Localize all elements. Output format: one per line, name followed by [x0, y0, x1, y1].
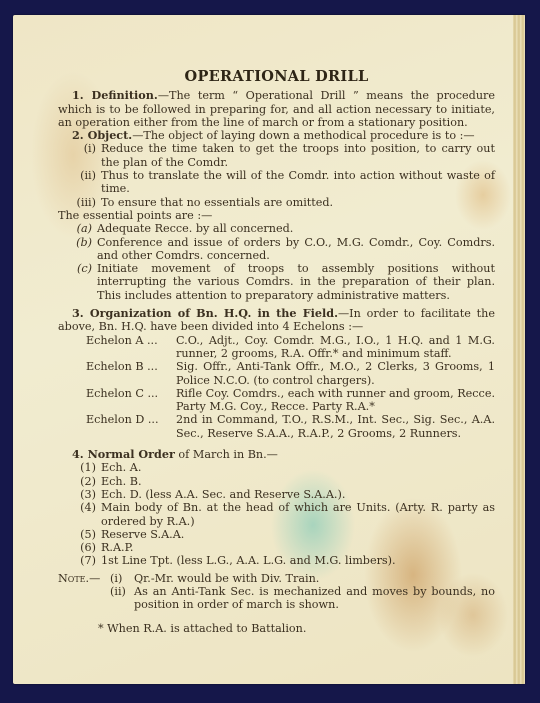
list-item: (i)Reduce the time taken to get the troo…	[58, 142, 495, 169]
list-item: (c)Initiate movement of troops to assemb…	[58, 262, 495, 302]
footnote: * When R.A. is attached to Battalion.	[58, 622, 495, 635]
echelon-text: Rifle Coy. Comdrs., each with runner and…	[176, 387, 495, 414]
echelon-row: Echelon B ...Sig. Offr., Anti-Tank Offr.…	[58, 360, 495, 387]
section-heading: 3. Organization of Bn. H.Q. in the Field…	[72, 306, 338, 320]
note-number: (i)	[110, 572, 134, 585]
note-number: (ii)	[110, 585, 134, 612]
note-block: Note.— (i)Qr.-Mr. would be with Div. Tra…	[58, 572, 495, 612]
list-item: (a)Adequate Recce. by all concerned.	[58, 222, 495, 235]
section-heading: 1. Definition.	[72, 88, 158, 102]
echelon-row: Echelon C ...Rifle Coy. Comdrs., each wi…	[58, 387, 495, 414]
echelon-row: Echelon A ...C.O., Adjt., Coy. Comdr. M.…	[58, 334, 495, 361]
section-heading: 4. Normal Order	[72, 447, 175, 461]
item-text: Conference and issue of orders by C.O., …	[97, 236, 495, 263]
item-text: Thus to translate the will of the Comdr.…	[101, 169, 495, 196]
section-text: —The object of laying down a methodical …	[132, 129, 474, 142]
echelon-name: Echelon D ...	[58, 413, 176, 440]
item-text: Initiate movement of troops to assembly …	[97, 262, 495, 302]
section-definition: 1. Definition.—The term “ Operational Dr…	[58, 89, 495, 129]
item-number: (5)	[58, 528, 101, 541]
list-item: (4)Main body of Bn. at the head of which…	[58, 501, 495, 528]
list-item: (5)Reserve S.A.A.	[58, 528, 495, 541]
item-text: Ech. D. (less A.A. Sec. and Reserve S.A.…	[101, 488, 495, 501]
item-number: (iii)	[58, 196, 101, 209]
item-number: (ii)	[58, 169, 101, 196]
item-text: Ech. B.	[101, 475, 495, 488]
list-item: (7)1st Line Tpt. (less L.G., A.A. L.G. a…	[58, 554, 495, 567]
section-order-of-march: 4. Normal Order of March in Bn.—	[58, 448, 495, 461]
section-text: of March in Bn.—	[175, 448, 278, 461]
item-number: (6)	[58, 541, 101, 554]
item-text: To ensure that no essentials are omitted…	[101, 196, 495, 209]
echelon-text: C.O., Adjt., Coy. Comdr. M.G., I.O., 1 H…	[176, 334, 495, 361]
page-text: OPERATIONAL DRILL 1. Definition.—The ter…	[58, 70, 495, 635]
echelon-text: Sig. Offr., Anti-Tank Offr., M.O., 2 Cle…	[176, 360, 495, 387]
item-number: (a)	[58, 222, 97, 235]
item-text: Ech. A.	[101, 461, 495, 474]
note-text: As an Anti-Tank Sec. is mechanized and m…	[134, 585, 495, 612]
essentials-label: The essential points are :—	[58, 209, 495, 222]
note-label: Note.—	[58, 572, 110, 612]
list-item: (3)Ech. D. (less A.A. Sec. and Reserve S…	[58, 488, 495, 501]
document-page: OPERATIONAL DRILL 1. Definition.—The ter…	[13, 15, 525, 684]
list-item: (2)Ech. B.	[58, 475, 495, 488]
section-heading: 2. Object.	[72, 128, 132, 142]
page-edge	[513, 15, 525, 684]
echelon-name: Echelon B ...	[58, 360, 176, 387]
item-text: Reduce the time taken to get the troops …	[101, 142, 495, 169]
echelon-text: 2nd in Command, T.O., R.S.M., Int. Sec.,…	[176, 413, 495, 440]
echelon-row: Echelon D ...2nd in Command, T.O., R.S.M…	[58, 413, 495, 440]
section-object: 2. Object.—The object of laying down a m…	[58, 129, 495, 142]
list-item: (1)Ech. A.	[58, 461, 495, 474]
section-organization: 3. Organization of Bn. H.Q. in the Field…	[58, 307, 495, 334]
item-text: Main body of Bn. at the head of which ar…	[101, 501, 495, 528]
note-body: (i)Qr.-Mr. would be with Div. Train. (ii…	[110, 572, 495, 612]
item-number: (4)	[58, 501, 101, 528]
item-text: Adequate Recce. by all concerned.	[97, 222, 495, 235]
list-item: (b)Conference and issue of orders by C.O…	[58, 236, 495, 263]
item-number: (2)	[58, 475, 101, 488]
item-text: Reserve S.A.A.	[101, 528, 495, 541]
list-item: (iii)To ensure that no essentials are om…	[58, 196, 495, 209]
item-text: R.A.P.	[101, 541, 495, 554]
echelon-name: Echelon C ...	[58, 387, 176, 414]
item-number: (c)	[58, 262, 97, 302]
list-item: (6)R.A.P.	[58, 541, 495, 554]
item-number: (i)	[58, 142, 101, 169]
item-number: (3)	[58, 488, 101, 501]
item-number: (7)	[58, 554, 101, 567]
note-item: (ii)As an Anti-Tank Sec. is mechanized a…	[110, 585, 495, 612]
item-number: (b)	[58, 236, 97, 263]
page-title: OPERATIONAL DRILL	[58, 70, 495, 83]
item-number: (1)	[58, 461, 101, 474]
note-text: Qr.-Mr. would be with Div. Train.	[134, 572, 495, 585]
note-item: (i)Qr.-Mr. would be with Div. Train.	[110, 572, 495, 585]
echelon-name: Echelon A ...	[58, 334, 176, 361]
list-item: (ii)Thus to translate the will of the Co…	[58, 169, 495, 196]
item-text: 1st Line Tpt. (less L.G., A.A. L.G. and …	[101, 554, 495, 567]
